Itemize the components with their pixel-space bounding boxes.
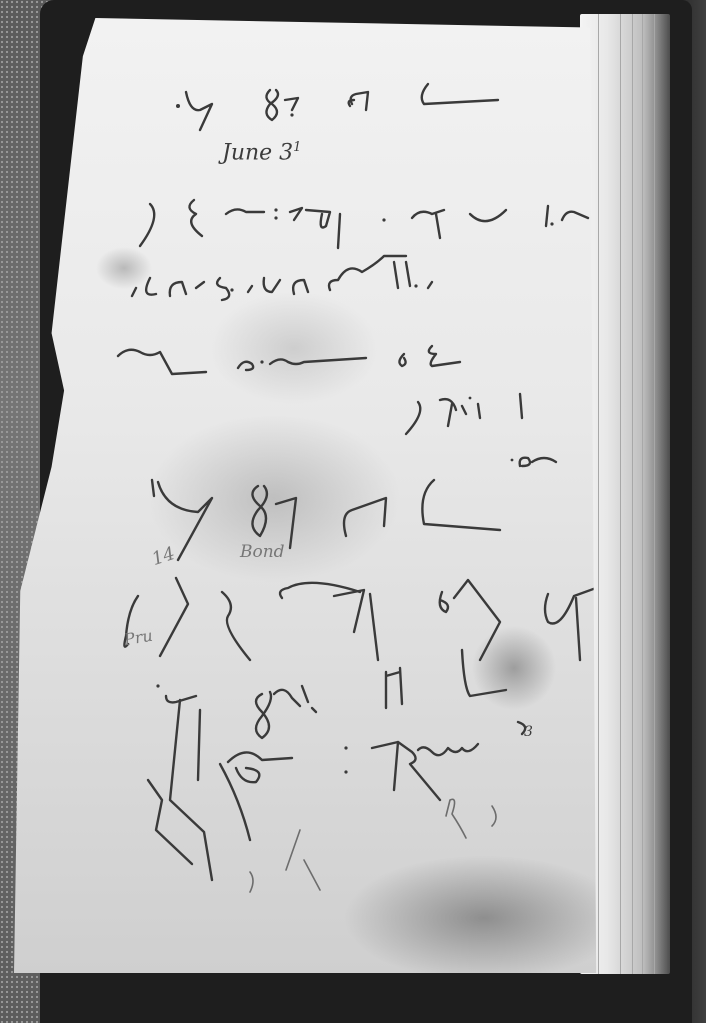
shorthand-line-1 xyxy=(176,84,498,130)
note-bond-label: Bond xyxy=(240,542,285,562)
shorthand-line-7 xyxy=(124,578,596,660)
shorthand-line-3 xyxy=(132,256,432,300)
shorthand-line-9 xyxy=(148,710,525,892)
shorthand-line-8 xyxy=(156,650,506,880)
shorthand-line-2 xyxy=(140,200,588,248)
notebook-page: June 31 14 Bond Pru 3 xyxy=(14,18,640,973)
shorthand-line-5b xyxy=(511,458,556,466)
shorthand-line-6 xyxy=(152,480,500,560)
shorthand-line-4 xyxy=(118,346,460,374)
note-bottom-label: 3 xyxy=(524,724,533,740)
shorthand-ink xyxy=(14,18,640,973)
date-label: June 31 xyxy=(222,140,301,165)
shorthand-line-5 xyxy=(406,394,522,434)
